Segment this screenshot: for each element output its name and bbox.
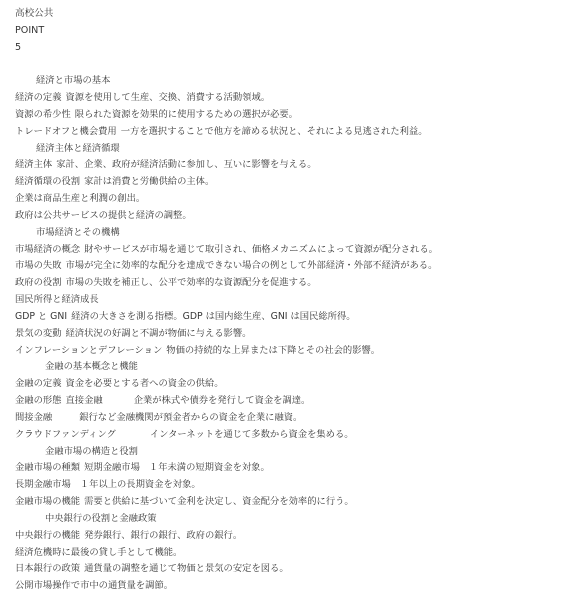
list-item: インフレーションとデフレーション物価の持続的な上昇または下降とその社会的影響。 <box>15 343 570 360</box>
list-item: 経済主体家計、企業、政府が経済活動に参加し、互いに影響を与える。 <box>15 157 570 174</box>
item-term: 経済循環の役割 <box>15 176 80 187</box>
list-item: 市場経済の概念財やサービスが市場を通じて取引され、価格メカニズムによって資源が配… <box>15 242 570 259</box>
item-text: 資源を使用して生産、交換、消費する活動領域。 <box>66 92 271 103</box>
item-subterm: 間接金融 <box>15 412 52 423</box>
item-term: 中央銀行の機能 <box>15 530 80 541</box>
item-term: 資源の希少性 <box>15 109 71 120</box>
point-number: 5 <box>15 40 570 57</box>
point-label: POINT <box>15 23 570 40</box>
list-item: 政府は公共サービスの提供と経済の調整。 <box>15 208 570 225</box>
item-text: １年以上の長期資金を対象。 <box>80 479 201 490</box>
section-heading: 金融市場の構造と役割 <box>15 444 570 461</box>
item-text: 発券銀行、銀行の銀行、政府の銀行。 <box>84 530 242 541</box>
item-term: GDP と GNI <box>15 311 67 322</box>
item-subterm: 短期金融市場 <box>84 462 140 473</box>
item-text: １年未満の短期資金を対象。 <box>149 462 270 473</box>
list-item: 間接金融銀行など金融機関が預金者からの資金を企業に融資。 <box>15 410 570 427</box>
item-text: 需要と供給に基づいて金利を決定し、資金配分を効率的に行う。 <box>84 496 354 507</box>
list-item: 金融市場の機能需要と供給に基づいて金利を決定し、資金配分を効率的に行う。 <box>15 494 570 511</box>
item-text: 企業が株式や債券を発行して資金を調達。 <box>134 395 311 406</box>
item-text: 限られた資源を効果的に使用するための選択が必要。 <box>75 109 298 120</box>
item-term: 政府の役割 <box>15 277 62 288</box>
list-item: 金融の定義資金を必要とする者への資金の供給。 <box>15 376 570 393</box>
item-text: 経済危機時に最後の貸し手として機能。 <box>15 547 182 558</box>
spacer <box>15 56 570 73</box>
section-heading: 国民所得と経済成長 <box>15 292 570 309</box>
item-text: 公開市場操作で市中の通貨量を調節。 <box>15 580 173 591</box>
item-text: 経済の大きさを測る指標。GDP は国内総生産、GNI は国民総所得。 <box>71 311 356 322</box>
list-item: 資源の希少性限られた資源を効果的に使用するための選択が必要。 <box>15 107 570 124</box>
list-item: 日本銀行の政策通貨量の調整を通じて物価と景気の安定を図る。 <box>15 561 570 578</box>
document-page: 高校公共 POINT 5 経済と市場の基本 経済の定義資源を使用して生産、交換、… <box>15 6 570 595</box>
item-text: 家計は消費と労働供給の主体。 <box>84 176 214 187</box>
item-text: 経済状況の好調と不調が物価に与える影響。 <box>66 328 252 339</box>
item-subterm: 直接金融 <box>66 395 103 406</box>
item-term: 景気の変動 <box>15 328 62 339</box>
item-text: 財やサービスが市場を通じて取引され、価格メカニズムによって資源が配分される。 <box>84 244 438 255</box>
list-item: 経済危機時に最後の貸し手として機能。 <box>15 545 570 562</box>
item-text: 銀行など金融機関が預金者からの資金を企業に融資。 <box>79 412 302 423</box>
item-term: 日本銀行の政策 <box>15 563 80 574</box>
list-item: 金融の形態直接金融企業が株式や債券を発行して資金を調達。 <box>15 393 570 410</box>
item-term: 金融の定義 <box>15 378 62 389</box>
item-term: 金融市場の種類 <box>15 462 80 473</box>
item-text: 通貨量の調整を通じて物価と景気の安定を図る。 <box>84 563 289 574</box>
item-text: 市場の失敗を補正し、公平で効率的な資源配分を促進する。 <box>66 277 317 288</box>
item-term: 経済主体 <box>15 159 52 170</box>
list-item: 経済循環の役割家計は消費と労働供給の主体。 <box>15 174 570 191</box>
list-item: トレードオフと機会費用一方を選択することで他方を諦める状況と、それによる見逃され… <box>15 124 570 141</box>
item-text: 政府は公共サービスの提供と経済の調整。 <box>15 210 192 221</box>
item-term: 経済の定義 <box>15 92 62 103</box>
item-subterm: クラウドファンディング <box>15 429 116 440</box>
section-heading: 金融の基本概念と機能 <box>15 359 570 376</box>
item-term: 市場の失敗 <box>15 260 62 271</box>
list-item: 経済の定義資源を使用して生産、交換、消費する活動領域。 <box>15 90 570 107</box>
list-item: 景気の変動経済状況の好調と不調が物価に与える影響。 <box>15 326 570 343</box>
item-term: 市場経済の概念 <box>15 244 80 255</box>
list-item: 公開市場操作で市中の通貨量を調節。 <box>15 578 570 595</box>
item-text: インターネットを通じて多数から資金を集める。 <box>150 429 354 440</box>
list-item: 長期金融市場１年以上の長期資金を対象。 <box>15 477 570 494</box>
item-subterm: 長期金融市場 <box>15 479 71 490</box>
item-text: 家計、企業、政府が経済活動に参加し、互いに影響を与える。 <box>56 159 316 170</box>
list-item: 市場の失敗市場が完全に効率的な配分を達成できない場合の例として外部経済・外部不経… <box>15 258 570 275</box>
item-text: 企業は商品生産と利潤の創出。 <box>15 193 145 204</box>
section-heading: 経済と市場の基本 <box>15 73 570 90</box>
section-heading: 市場経済とその機構 <box>15 225 570 242</box>
item-term: インフレーションとデフレーション <box>15 345 162 356</box>
list-item: 中央銀行の機能発券銀行、銀行の銀行、政府の銀行。 <box>15 528 570 545</box>
subject-label: 高校公共 <box>15 6 570 23</box>
item-text: 資金を必要とする者への資金の供給。 <box>66 378 224 389</box>
item-term: 金融市場の機能 <box>15 496 80 507</box>
section-heading: 経済主体と経済循環 <box>15 141 570 158</box>
section-heading: 中央銀行の役割と金融政策 <box>15 511 570 528</box>
item-term: 金融の形態 <box>15 395 62 406</box>
list-item: 政府の役割市場の失敗を補正し、公平で効率的な資源配分を促進する。 <box>15 275 570 292</box>
item-text: 一方を選択することで他方を諦める状況と、それによる見逃された利益。 <box>121 126 428 137</box>
list-item: 金融市場の種類短期金融市場１年未満の短期資金を対象。 <box>15 460 570 477</box>
list-item: クラウドファンディングインターネットを通じて多数から資金を集める。 <box>15 427 570 444</box>
item-text: 物価の持続的な上昇または下降とその社会的影響。 <box>166 345 380 356</box>
list-item: GDP と GNI経済の大きさを測る指標。GDP は国内総生産、GNI は国民総… <box>15 309 570 326</box>
item-text: 市場が完全に効率的な配分を達成できない場合の例として外部経済・外部不経済がある。 <box>66 260 438 271</box>
item-term: トレードオフと機会費用 <box>15 126 117 137</box>
list-item: 企業は商品生産と利潤の創出。 <box>15 191 570 208</box>
